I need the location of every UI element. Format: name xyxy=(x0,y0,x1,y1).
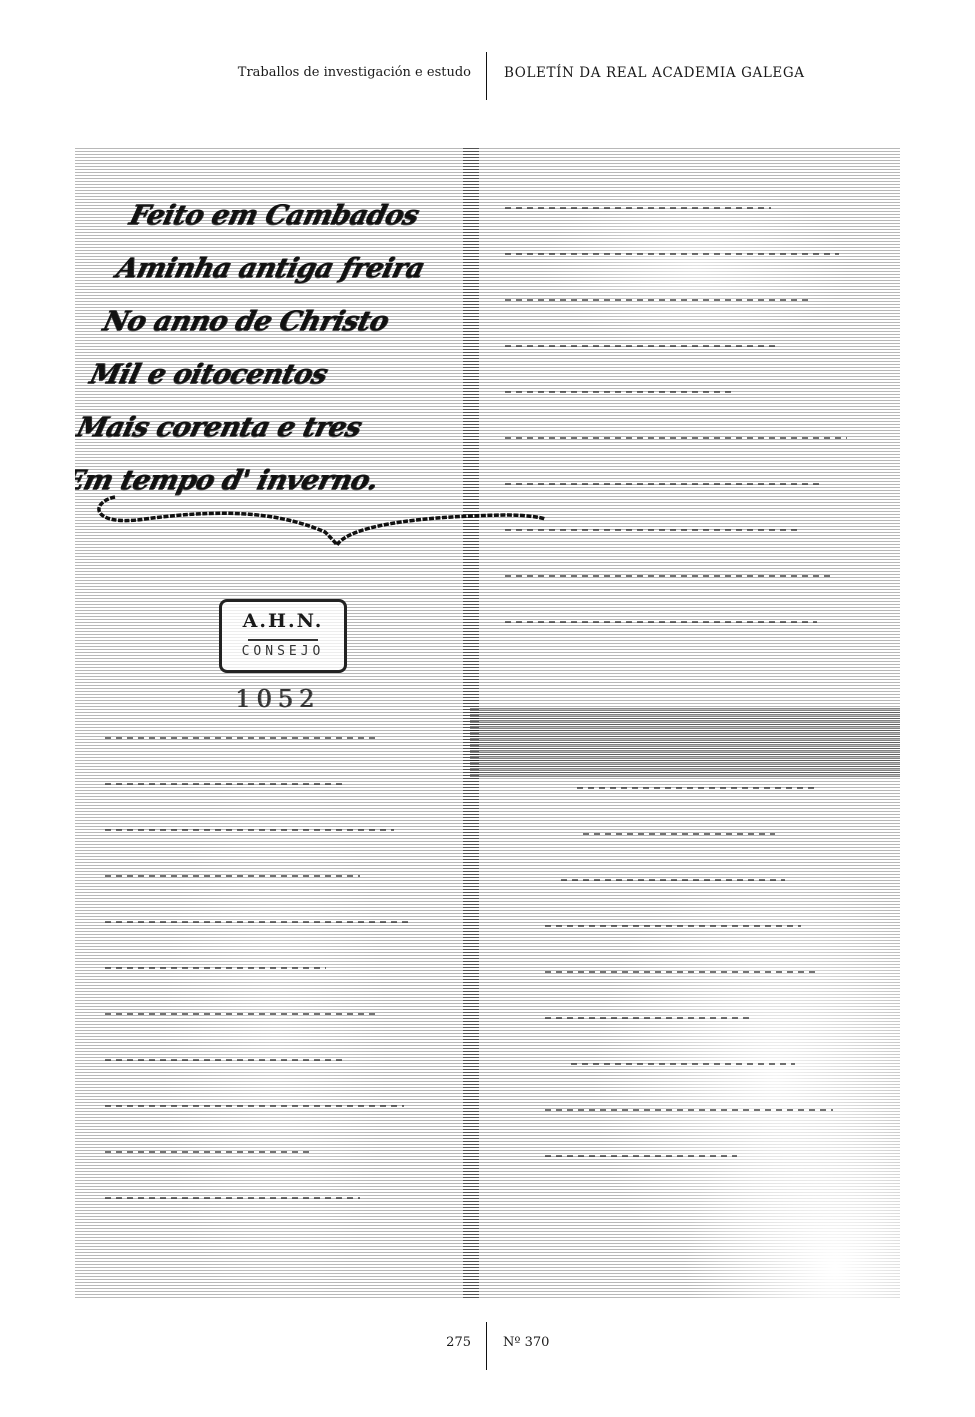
page-footer: 275 Nº 370 xyxy=(0,1322,975,1370)
footer-divider xyxy=(486,1322,487,1370)
stamp-number: 1052 xyxy=(235,685,320,713)
verse-line: Mais corenta e tres xyxy=(75,401,454,454)
issue-number: Nº 370 xyxy=(503,1335,549,1350)
scan-faint-text-left-bottom xyxy=(105,737,445,1243)
scan-horizontal-fold xyxy=(470,707,900,777)
verse-line: Feito em Cambados xyxy=(123,189,506,242)
scan-faint-text-right-bottom xyxy=(545,787,865,1201)
verse-line: No anno de Christo xyxy=(97,295,480,348)
running-header: Traballos de investigación e estudo BOLE… xyxy=(0,52,975,100)
flourish-ornament xyxy=(85,487,545,547)
verse-line: Aminha antiga freira xyxy=(110,242,493,295)
section-title: Traballos de investigación e estudo xyxy=(238,65,471,80)
header-divider xyxy=(486,52,487,100)
archive-stamp: A.H.N. CONSEJO xyxy=(219,599,347,673)
scan-faint-text-right-top xyxy=(505,207,885,667)
journal-title: BOLETÍN DA REAL ACADEMIA GALEGA xyxy=(504,65,805,81)
manuscript-scan-image: Feito em Cambados Aminha antiga freira N… xyxy=(75,147,900,1298)
stamp-subtitle: CONSEJO xyxy=(222,644,344,659)
page-number: 275 xyxy=(446,1335,471,1350)
verse-line: Mil e oitocentos xyxy=(84,348,467,401)
stamp-title: A.H.N. xyxy=(222,610,344,632)
stamp-rule xyxy=(248,639,318,641)
